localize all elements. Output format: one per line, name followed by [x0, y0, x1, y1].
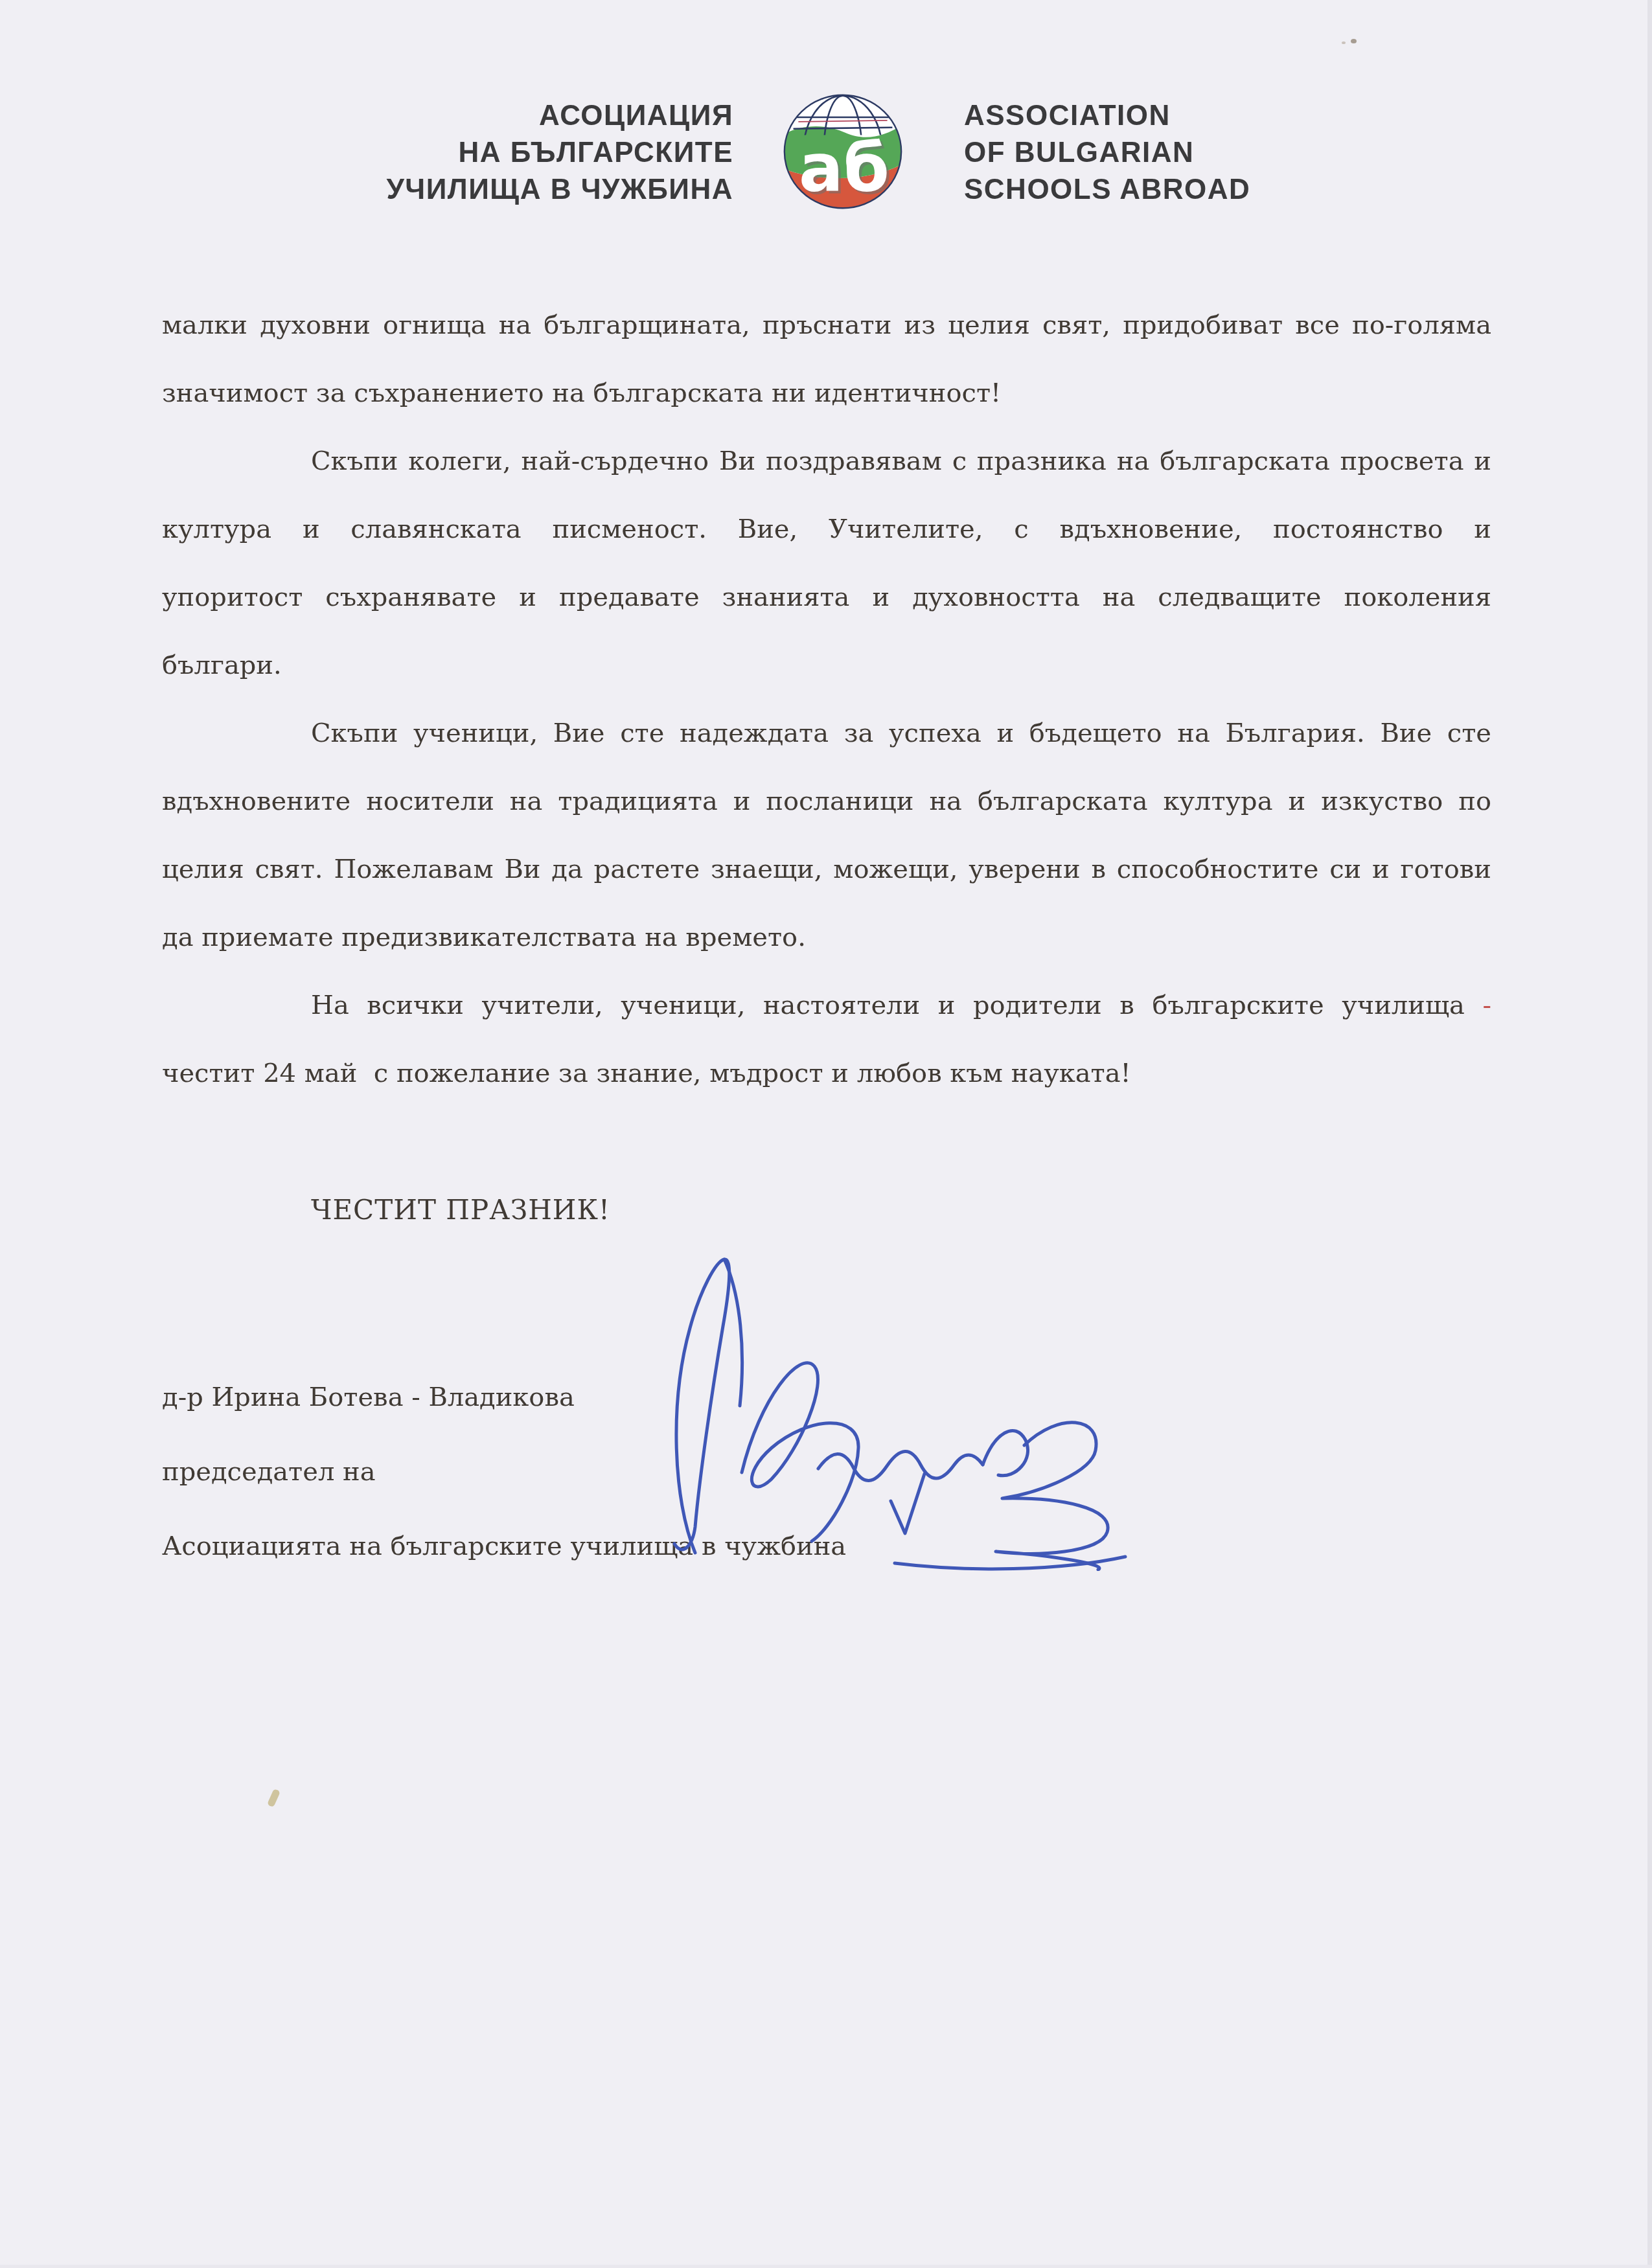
letter-body: малки духовни огнища на българщината, пр…	[162, 292, 1491, 1108]
org-name-english: ASSOCIATION OF BULGARIAN SCHOOLS ABROAD	[964, 97, 1417, 208]
letter-line: честит 24 май с пожелание за знание, мъд…	[162, 1040, 1491, 1108]
letter-line: вдъхновените носители на традицията и по…	[162, 768, 1491, 836]
org-name-en-line3: SCHOOLS ABROAD	[964, 171, 1417, 208]
signature-image	[645, 1254, 1163, 1571]
holiday-greeting: ЧЕСТИТ ПРАЗНИК!	[162, 1176, 1491, 1244]
letter-line: целия свят. Пожелавам Ви да растете знае…	[162, 836, 1491, 904]
signature-svg	[645, 1254, 1163, 1571]
org-name-bulgarian: АСОЦИАЦИЯ НА БЪЛГАРСКИТЕ УЧИЛИЩА В ЧУЖБИ…	[272, 97, 733, 208]
paper-speck	[1351, 39, 1357, 43]
letter-line: да приемате предизвикателствата на време…	[162, 904, 1491, 972]
paper-speck	[267, 1789, 281, 1807]
org-name-bg-line1: АСОЦИАЦИЯ	[272, 97, 733, 134]
letter-line: култура и славянската писменост. Вие, Уч…	[162, 496, 1491, 564]
association-globe-logo-icon: аб аб	[779, 89, 906, 214]
org-name-bg-line3: УЧИЛИЩА В ЧУЖБИНА	[272, 171, 733, 208]
letter-line: упоритост съхранявате и предавате знания…	[162, 564, 1491, 632]
org-name-en-line2: OF BULGARIAN	[964, 134, 1417, 171]
scan-page-edge	[1647, 0, 1652, 2268]
scan-page-edge-bottom	[0, 2265, 1652, 2268]
org-name-en-line1: ASSOCIATION	[964, 97, 1417, 134]
scanned-letter-page: { "page": { "bg_color": "#f0eff4", "ink_…	[0, 0, 1652, 2268]
letter-line: значимост за съхранението на българската…	[162, 360, 1491, 428]
globe-logo-svg: аб аб	[779, 89, 906, 214]
letter-line: Скъпи колеги, най-сърдечно Ви поздравява…	[162, 428, 1491, 496]
paper-speck	[1342, 41, 1346, 44]
letter-line: малки духовни огнища на българщината, пр…	[162, 292, 1491, 360]
letter-line: На всички учители, ученици, настоятели и…	[162, 972, 1491, 1040]
signature-strokes	[674, 1259, 1125, 1570]
logo-letters: аб	[799, 130, 889, 207]
org-name-bg-line2: НА БЪЛГАРСКИТЕ	[272, 134, 733, 171]
letter-line: българи.	[162, 632, 1491, 700]
letter-line: Скъпи ученици, Вие сте надеждата за успе…	[162, 700, 1491, 768]
red-dash: -	[1465, 991, 1491, 1020]
